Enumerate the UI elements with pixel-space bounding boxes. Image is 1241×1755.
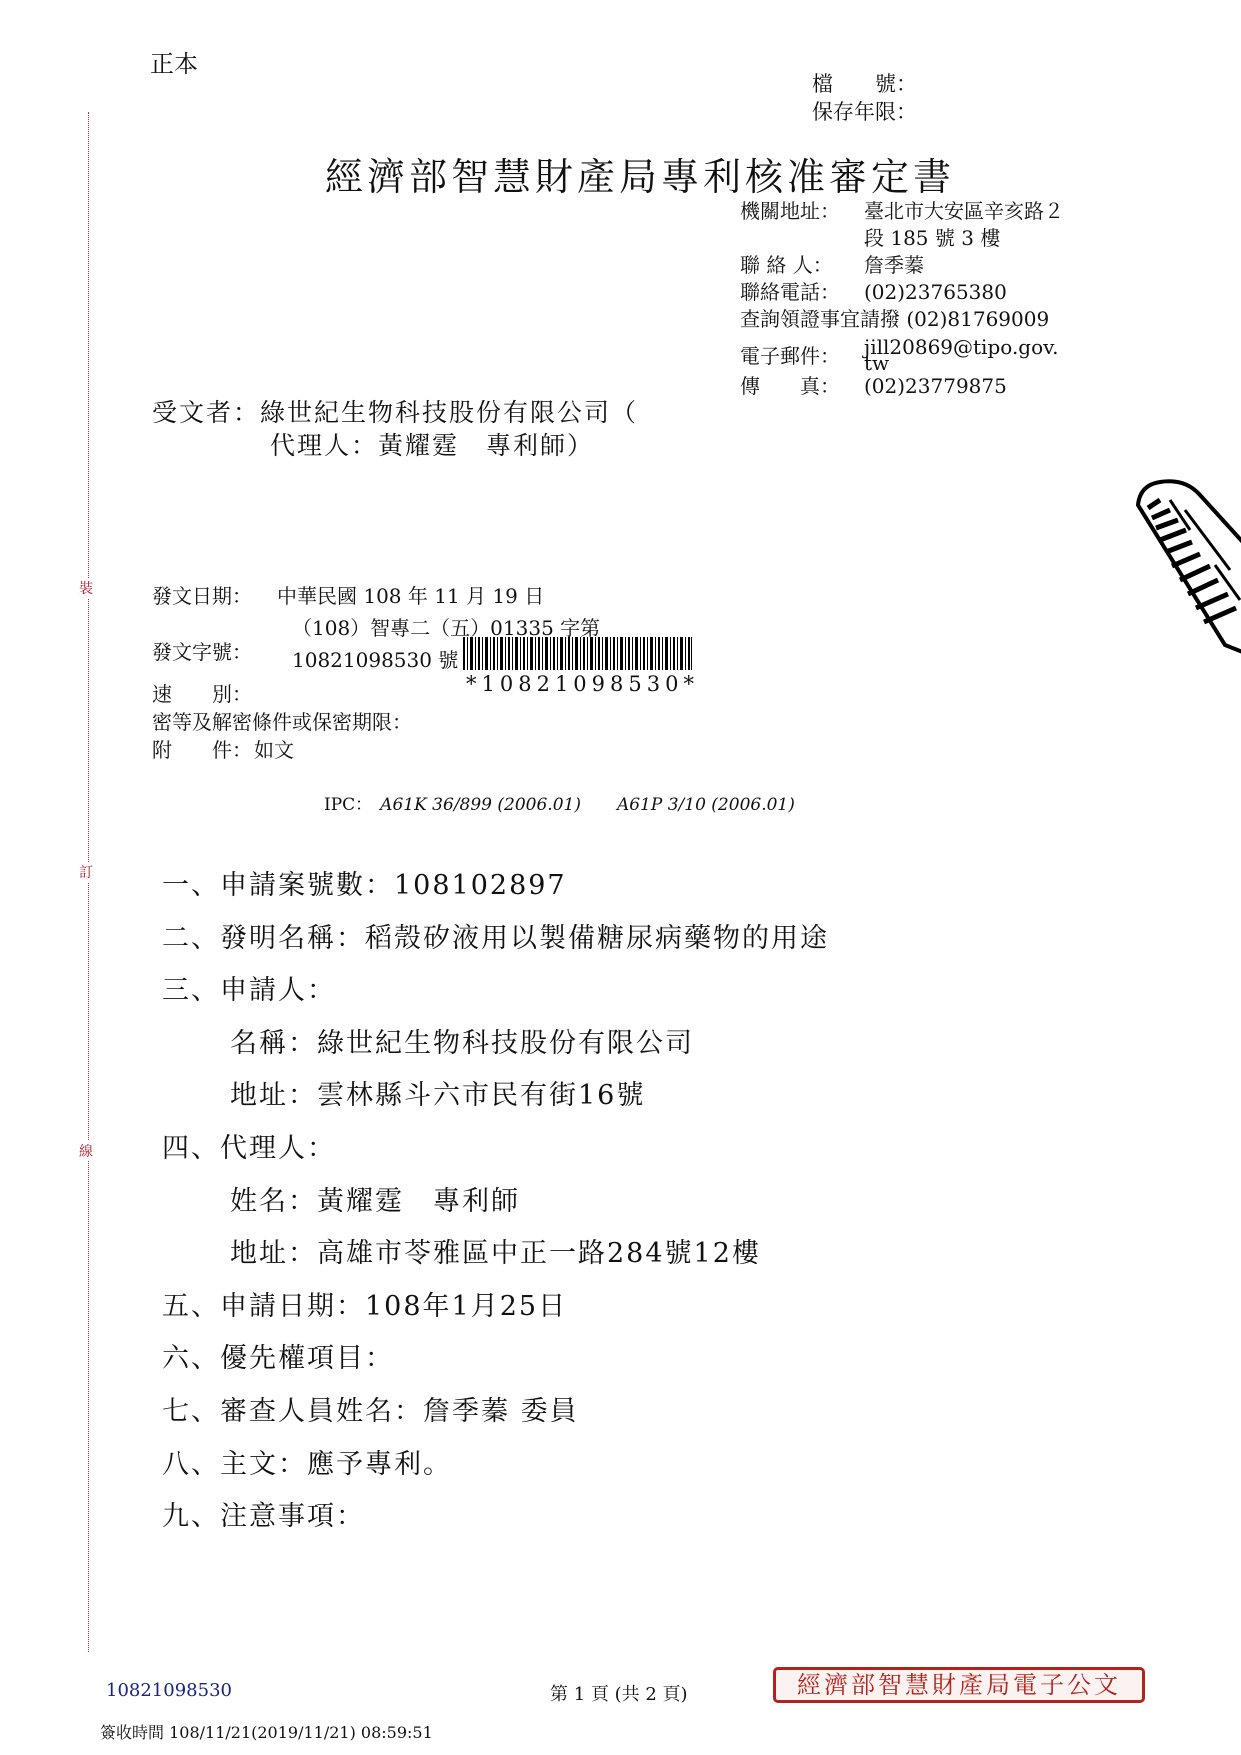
email-line1: jill20869@tipo.gov. — [864, 335, 1058, 359]
binding-line — [88, 112, 89, 1652]
recipient: 受文者：綠世紀生物科技股份有限公司（ 代理人：黃耀霆 專利師） — [152, 396, 638, 462]
footer-doc-id: 10821098530 — [106, 1680, 232, 1701]
item-examiner: 七、審查人員姓名：詹季蓁 委員 — [162, 1386, 829, 1439]
official-seal-icon — [1130, 470, 1241, 660]
ipc-code-1: A61K 36/899 (2006.01) — [380, 795, 581, 815]
item-applicant-address: 地址：雲林縣斗六市民有街16號 — [162, 1070, 829, 1123]
item-application-date: 五、申請日期：108年1月25日 — [162, 1281, 829, 1334]
item-application-number: 一、申請案號數：108102897 — [162, 860, 829, 913]
item-priority: 六、優先權項目： — [162, 1333, 829, 1386]
secrecy-label: 密等及解密條件或保密期限： — [152, 706, 412, 735]
item-agent-heading: 四、代理人： — [162, 1123, 829, 1176]
address-label: 機關地址： — [740, 198, 864, 225]
file-meta: 檔 號： 保存年限： — [812, 70, 917, 126]
attachment: 附 件：如文 — [152, 734, 294, 763]
email: jill20869@tipo.gov.tw — [864, 337, 1058, 371]
barcode-text: *10821098530* — [466, 672, 699, 696]
retention-label: 保存年限： — [812, 98, 917, 126]
issue-number-label: 發文字號： — [152, 636, 252, 665]
speed-label: 速 別： — [152, 678, 252, 707]
sign-time: 簽收時間 108/11/21(2019/11/21) 08:59:51 — [100, 1720, 433, 1743]
ipc-label: IPC： — [324, 795, 372, 815]
contact-person: 詹季蓁 — [864, 252, 924, 279]
recipient-line2: 代理人：黃耀霆 專利師） — [152, 429, 638, 462]
item-agent-name: 姓名：黃耀霆 專利師 — [162, 1176, 829, 1229]
issue-date: 發文日期：中華民國 108 年 11 月 19 日 — [152, 582, 544, 610]
phone: (02)23765380 — [864, 279, 1007, 306]
item-applicant-heading: 三、申請人： — [162, 965, 829, 1018]
address-line2: 段 185 號 3 樓 — [864, 225, 1000, 252]
inquiry-phone: 查詢領證事宜請撥 (02)81769009 — [740, 306, 1049, 333]
binding-mark-zhuang: 裝 — [79, 578, 93, 598]
attachment-value: 如文 — [254, 738, 294, 762]
copy-mark: 正本 — [150, 44, 198, 79]
file-no-label: 檔 號： — [812, 70, 917, 98]
fax: (02)23779875 — [864, 373, 1007, 400]
fax-label: 傳 真： — [740, 373, 864, 400]
contact-person-label: 聯 絡 人： — [740, 252, 864, 279]
item-applicant-name: 名稱：綠世紀生物科技股份有限公司 — [162, 1018, 829, 1071]
issue-date-value: 中華民國 108 年 11 月 19 日 — [277, 584, 544, 608]
email-line2: tw — [864, 351, 889, 375]
issue-date-label: 發文日期： — [152, 582, 277, 610]
decision-body: 一、申請案號數：108102897 二、發明名稱：稻殼矽液用以製備糖尿病藥物的用… — [162, 860, 829, 1544]
email-label: 電子郵件： — [740, 337, 864, 371]
item-agent-address: 地址：高雄市苓雅區中正一路284號12樓 — [162, 1228, 829, 1281]
agency-contact-block: 機關地址：臺北市大安區辛亥路２ 段 185 號 3 樓 聯 絡 人：詹季蓁 聯絡… — [740, 198, 1064, 400]
item-main-decision: 八、主文：應予專利。 — [162, 1439, 829, 1492]
barcode-icon — [463, 637, 692, 670]
phone-label: 聯絡電話： — [740, 279, 864, 306]
ipc-classification: IPC：A61K 36/899 (2006.01)A61P 3/10 (2006… — [324, 790, 795, 815]
binding-mark-xian: 線 — [79, 1141, 93, 1161]
page-indicator: 第 1 頁 (共 2 頁) — [550, 1680, 688, 1706]
binding-mark-ding: 訂 — [79, 862, 93, 882]
item-invention-title: 二、發明名稱：稻殼矽液用以製備糖尿病藥物的用途 — [162, 913, 829, 966]
address-line1: 臺北市大安區辛亥路２ — [864, 198, 1064, 225]
document-title: 經濟部智慧財產局專利核准審定書 — [325, 146, 955, 201]
recipient-line1: 受文者：綠世紀生物科技股份有限公司（ — [152, 396, 638, 429]
electronic-document-stamp: 經濟部智慧財產局電子公文 — [773, 1667, 1145, 1703]
item-notes: 九、注意事項： — [162, 1491, 829, 1544]
attachment-label: 附 件： — [152, 734, 254, 763]
ipc-code-2: A61P 3/10 (2006.01) — [617, 795, 795, 815]
